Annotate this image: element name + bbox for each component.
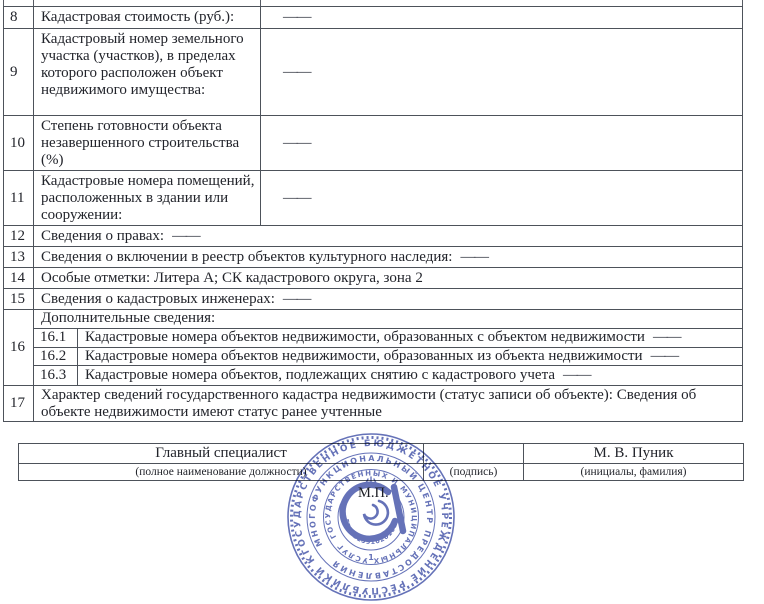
row-value: —— (261, 29, 742, 115)
additional-info-block: Дополнительные сведения: 16.1 Кадастровы… (34, 310, 742, 385)
subrow-label: Кадастровые номера объектов, подлежащих … (78, 366, 742, 385)
row-number: 14 (4, 268, 34, 288)
signer-name: М. В. Пуник (524, 444, 743, 463)
table-row-13: 13 Сведения о включении в реестр объекто… (4, 247, 742, 268)
row-label: Сведения о включении в реестр объектов к… (34, 247, 742, 267)
empty-value-dash: —— (283, 64, 310, 81)
row-number: 13 (4, 247, 34, 267)
row-value: —— (261, 116, 742, 170)
table-row-11: 11 Кадастровые номера помещений, располо… (4, 171, 742, 226)
official-round-stamp: ГОСУДАРСТВЕННОЕ БЮДЖЕТНОЕ УЧРЕЖДЕНИЕ РЕС… (285, 431, 457, 603)
row-label: Степень готовности объекта незавершенног… (34, 116, 261, 170)
subrow-number: 16.1 (34, 329, 78, 347)
table-row-9: 9 Кадастровый номер земельного участка (… (4, 29, 742, 116)
table-subrow-16-1: 16.1 Кадастровые номера объектов недвижи… (34, 329, 742, 348)
row-label: Кадастровые номера помещений, расположен… (34, 171, 261, 225)
empty-value-dash: —— (460, 249, 487, 266)
name-caption: (инициалы, фамилия) (524, 464, 743, 480)
empty-value-dash: —— (651, 348, 678, 365)
empty-value-dash: —— (563, 367, 590, 384)
row-number: 15 (4, 289, 34, 309)
subrow-number: 16.3 (34, 366, 78, 385)
additional-info-header: Дополнительные сведения: (34, 310, 742, 329)
empty-value-dash: —— (283, 9, 310, 26)
table-row-17: 17 Характер сведений государственного ка… (4, 386, 742, 421)
subrow-label: Кадастровые номера объектов недвижимости… (78, 348, 742, 366)
row-number: 10 (4, 116, 34, 170)
row-label: Сведения о кадастровых инженерах:—— (34, 289, 742, 309)
cadastral-info-table: 8 Кадастровая стоимость (руб.): —— 9 Кад… (3, 6, 743, 422)
row-label: Кадастровый номер земельного участка (уч… (34, 29, 261, 115)
table-row-10: 10 Степень готовности объекта незавершен… (4, 116, 742, 171)
table-row-15: 15 Сведения о кадастровых инженерах:—— (4, 289, 742, 310)
table-row-12: 12 Сведения о правах:—— (4, 226, 742, 247)
row-number: 9 (4, 29, 34, 115)
table-subrow-16-2: 16.2 Кадастровые номера объектов недвижи… (34, 348, 742, 367)
table-subrow-16-3: 16.3 Кадастровые номера объектов, подлеж… (34, 366, 742, 385)
row-value: —— (261, 171, 742, 225)
empty-value-dash: —— (283, 135, 310, 152)
row-number: 16 (4, 310, 34, 385)
stamp-number: 1 (368, 553, 374, 562)
row-number: 11 (4, 171, 34, 225)
row-number: 17 (4, 386, 34, 421)
empty-value-dash: —— (283, 190, 310, 207)
table-row-8: 8 Кадастровая стоимость (руб.): —— (4, 7, 742, 29)
subrow-label: Кадастровые номера объектов недвижимости… (78, 329, 742, 347)
seal-place-mark: М.П. (358, 485, 389, 502)
row-label: Характер сведений государственного кадас… (34, 386, 742, 421)
row-number: 8 (4, 7, 34, 28)
row-label: Сведения о правах:—— (34, 226, 742, 246)
empty-value-dash: —— (172, 228, 199, 245)
empty-value-dash: —— (653, 329, 680, 346)
table-row-16: 16 Дополнительные сведения: 16.1 Кадастр… (4, 310, 742, 386)
subrow-number: 16.2 (34, 348, 78, 366)
scanned-cadastral-document: 8 Кадастровая стоимость (руб.): —— 9 Кад… (0, 0, 764, 604)
row-label: Кадастровая стоимость (руб.): (34, 7, 261, 28)
row-number: 12 (4, 226, 34, 246)
table-row-14: 14 Особые отметки: Литера А; СК кадастро… (4, 268, 742, 289)
row-label: Особые отметки: Литера А; СК кадастровог… (34, 268, 742, 288)
row-value: —— (261, 7, 742, 28)
empty-value-dash: —— (283, 291, 310, 308)
